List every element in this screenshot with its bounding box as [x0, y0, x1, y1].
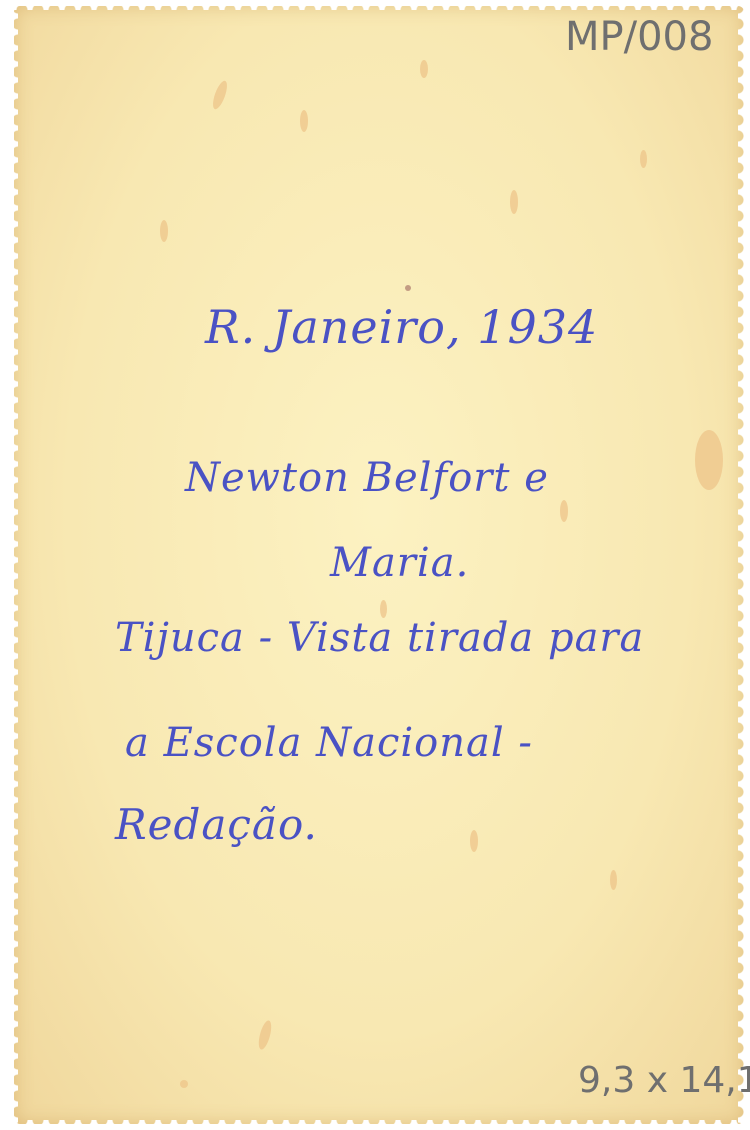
- stain: [560, 500, 568, 522]
- handwritten-names: Newton Belfort e: [185, 455, 549, 501]
- stain: [510, 190, 518, 214]
- deckled-edge-bottom: [14, 1120, 744, 1130]
- stain: [695, 430, 723, 490]
- deckled-edge-top: [14, 0, 744, 10]
- handwritten-description: Tijuca - Vista tirada para: [115, 615, 644, 661]
- stain: [610, 870, 617, 890]
- stain: [180, 1080, 188, 1088]
- catalog-id-note: MP/008: [565, 14, 713, 60]
- stain: [160, 220, 168, 242]
- stain: [300, 110, 308, 132]
- handwritten-names-cont: Maria.: [330, 540, 469, 586]
- stain: [405, 285, 411, 291]
- handwritten-description-cont: a Escola Nacional -: [125, 720, 533, 766]
- stain: [640, 150, 647, 168]
- handwritten-place-date: R. Janeiro, 1934: [205, 300, 598, 354]
- deckled-edge-left: [8, 0, 18, 1130]
- deckled-edge-right: [738, 0, 750, 1130]
- stain: [420, 60, 428, 78]
- dimensions-note: 9,3 x 14,1: [578, 1060, 750, 1101]
- stain: [470, 830, 478, 852]
- handwritten-description-end: Redação.: [115, 800, 318, 849]
